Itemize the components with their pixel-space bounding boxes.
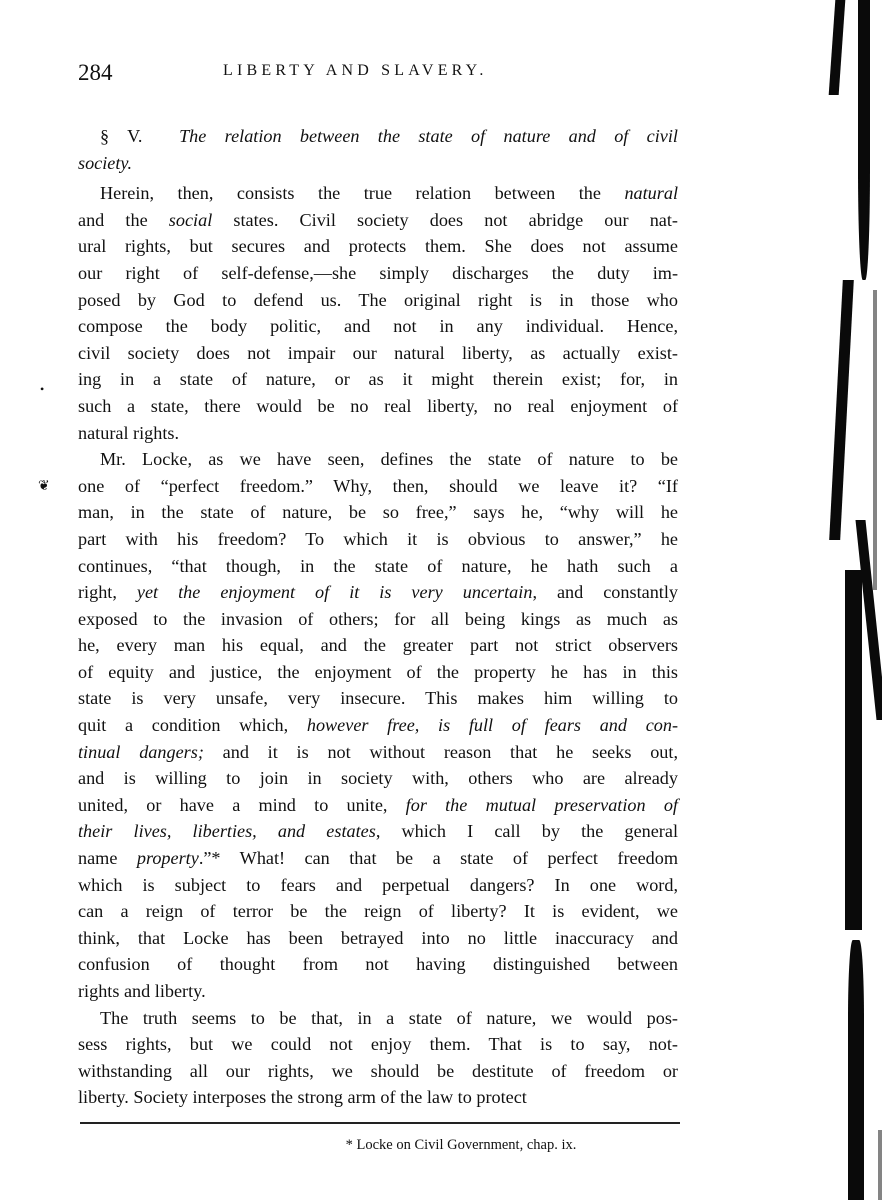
section-heading-line: § V. The relation between the state of n… — [78, 123, 678, 150]
text-line: continues, “that though, in the state of… — [78, 553, 678, 580]
text-line: part with his freedom? To which it is ob… — [78, 526, 678, 553]
binding-shadow — [848, 940, 864, 1200]
binding-shadow — [878, 1130, 882, 1200]
binding-shadow — [858, 0, 870, 280]
footnote: * Locke on Civil Government, chap. ix. — [0, 1137, 882, 1154]
text-line: The truth seems to be that, in a state o… — [78, 1005, 678, 1032]
text-line: think, that Locke has been betrayed into… — [78, 925, 678, 952]
text-line: our right of self-defense,—she simply di… — [78, 260, 678, 287]
text-line: Mr. Locke, as we have seen, defines the … — [78, 446, 678, 473]
paragraphs: Herein, then, consists the true relation… — [78, 180, 678, 1111]
section-heading-line: society. — [78, 150, 678, 177]
section-symbol: § V. — [100, 126, 142, 146]
text-line: man, in the state of nature, be so free,… — [78, 499, 678, 526]
text-line: can a reign of terror be the reign of li… — [78, 898, 678, 925]
margin-mark: • — [40, 382, 44, 397]
text-line: posed by God to defend us. The original … — [78, 287, 678, 314]
binding-shadow — [829, 0, 846, 95]
text-line: exposed to the invasion of others; for a… — [78, 606, 678, 633]
text-line: ural rights, but secures and protects th… — [78, 233, 678, 260]
footnote-rule — [80, 1122, 680, 1124]
paragraph: Herein, then, consists the true relation… — [78, 180, 678, 446]
text-line: sess rights, but we could not enjoy them… — [78, 1031, 678, 1058]
running-head: LIBERTY AND SLAVERY. — [223, 62, 488, 80]
paragraph: Mr. Locke, as we have seen, defines the … — [78, 446, 678, 1004]
text-line: tinual dangers; and it is not without re… — [78, 739, 678, 766]
body-text: § V. The relation between the state of n… — [78, 123, 678, 1111]
paragraph: The truth seems to be that, in a state o… — [78, 1005, 678, 1111]
text-line: rights and liberty. — [78, 978, 678, 1005]
text-line: ing in a state of nature, or as it might… — [78, 366, 678, 393]
margin-mark: ❦ — [38, 478, 50, 495]
page-header: 284 LIBERTY AND SLAVERY. — [78, 60, 678, 90]
section-title-part: The relation between the state of nature… — [179, 126, 678, 146]
text-line: and is willing to join in society with, … — [78, 765, 678, 792]
binding-shadow — [829, 280, 854, 540]
text-line: right, yet the enjoyment of it is very u… — [78, 579, 678, 606]
text-line: he, every man his equal, and the greater… — [78, 632, 678, 659]
text-line: quit a condition which, however free, is… — [78, 712, 678, 739]
text-line: one of “perfect freedom.” Why, then, sho… — [78, 473, 678, 500]
text-line: which is subject to fears and perpetual … — [78, 872, 678, 899]
text-line: name property.”* What! can that be a sta… — [78, 845, 678, 872]
text-line: confusion of thought from not having dis… — [78, 951, 678, 978]
text-line: withstanding all our rights, we should b… — [78, 1058, 678, 1085]
binding-shadow — [873, 290, 877, 590]
text-line: civil society does not impair our natura… — [78, 340, 678, 367]
text-line: natural rights. — [78, 420, 678, 447]
text-line: Herein, then, consists the true relation… — [78, 180, 678, 207]
text-line: united, or have a mind to unite, for the… — [78, 792, 678, 819]
text-line: liberty. Society interposes the strong a… — [78, 1084, 678, 1111]
page-number: 284 — [78, 60, 113, 86]
section-title-part: society. — [78, 153, 132, 173]
text-line: compose the body politic, and not in any… — [78, 313, 678, 340]
text-line: their lives, liberties, and estates, whi… — [78, 818, 678, 845]
section-heading: § V. The relation between the state of n… — [78, 123, 678, 176]
text-line: such a state, there would be no real lib… — [78, 393, 678, 420]
text-line: state is very unsafe, very insecure. Thi… — [78, 685, 678, 712]
text-line: and the social states. Civil society doe… — [78, 207, 678, 234]
text-line: of equity and justice, the enjoyment of … — [78, 659, 678, 686]
binding-shadow — [845, 570, 862, 930]
